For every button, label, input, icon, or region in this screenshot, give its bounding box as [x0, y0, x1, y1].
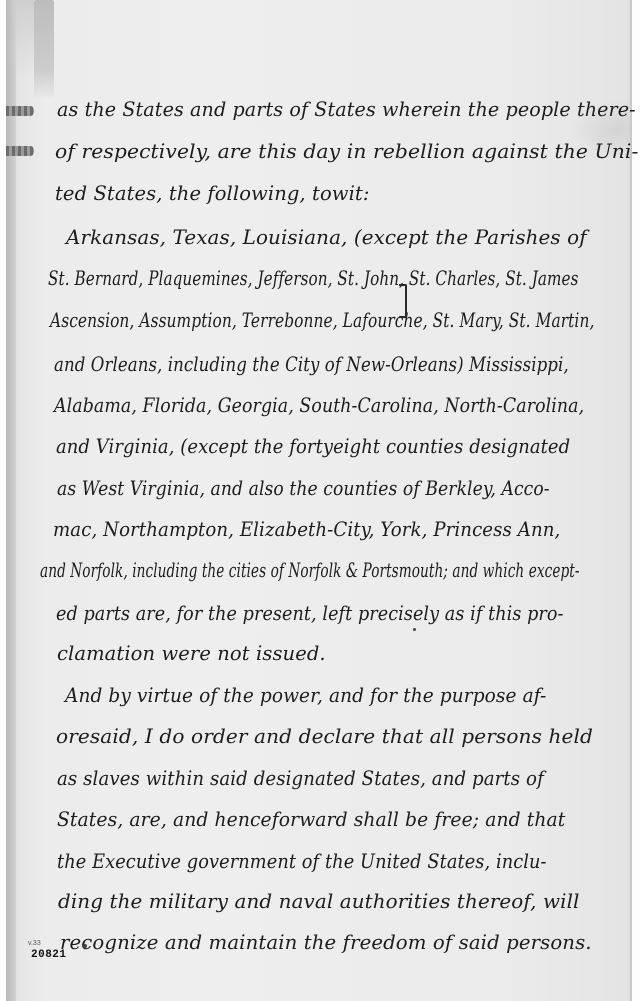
- manuscript-line: recognize and maintain the freedom of sa…: [60, 931, 592, 954]
- manuscript-line: St. Bernard, Plaquemines, Jefferson, St.…: [48, 267, 579, 290]
- manuscript-line: of respectively, are this day in rebelli…: [55, 140, 638, 163]
- manuscript-line: as slaves within said designated States,…: [57, 767, 544, 790]
- manuscript-line: ted States, the following, towit:: [55, 182, 370, 205]
- handwritten-text: as the States and parts of States wherei…: [0, 0, 640, 1001]
- manuscript-line: Arkansas, Texas, Louisiana, (except the …: [66, 226, 587, 249]
- manuscript-line: ding the military and naval authorities …: [58, 890, 580, 913]
- manuscript-line: and Norfolk, including the cities of Nor…: [40, 559, 580, 582]
- archive-mark: v.33: [28, 940, 41, 947]
- manuscript-line: as West Virginia, and also the counties …: [57, 477, 550, 500]
- insertion-bracket: [399, 284, 407, 318]
- scanned-document: as the States and parts of States wherei…: [0, 0, 640, 1001]
- archive-stamp-number: 20821: [31, 949, 67, 961]
- manuscript-line: Ascension, Assumption, Terrebonne, Lafou…: [50, 309, 594, 332]
- manuscript-line: oresaid, I do order and declare that all…: [56, 725, 593, 748]
- manuscript-line: as the States and parts of States wherei…: [57, 98, 636, 121]
- manuscript-line: clamation were not issued.: [57, 642, 326, 665]
- manuscript-line: And by virtue of the power, and for the …: [65, 684, 546, 707]
- ink-speck: [413, 628, 416, 631]
- manuscript-line: States, are, and henceforward shall be f…: [57, 808, 565, 831]
- manuscript-line: ed parts are, for the present, left prec…: [56, 602, 564, 625]
- manuscript-line: and Orleans, including the City of New-O…: [54, 353, 569, 376]
- ink-speck: [83, 944, 87, 948]
- manuscript-line: the Executive government of the United S…: [57, 850, 547, 873]
- manuscript-line: mac, Northampton, Elizabeth-City, York, …: [53, 518, 560, 541]
- manuscript-line: Alabama, Florida, Georgia, South-Carolin…: [54, 394, 584, 417]
- manuscript-line: and Virginia, (except the fortyeight cou…: [56, 435, 570, 458]
